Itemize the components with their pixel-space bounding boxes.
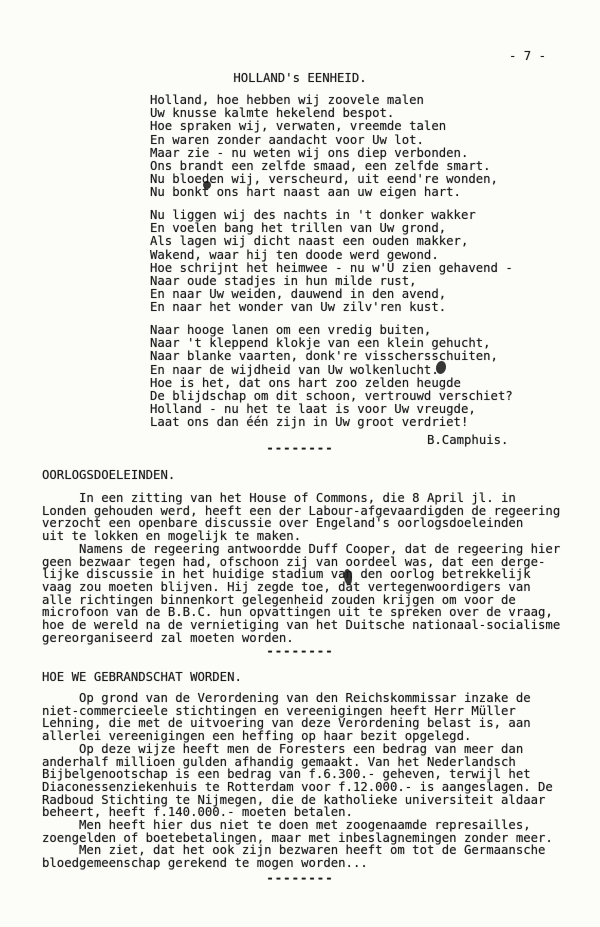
page-number: - 7 - xyxy=(509,50,546,63)
section-body-oorlogsdoeleinden: In een zitting van het House of Commons,… xyxy=(42,492,560,644)
section-heading-oorlogsdoeleinden: OORLOGSDOELEINDEN. xyxy=(42,469,175,482)
divider-after-gebrandschat: -------- xyxy=(0,872,600,885)
document-page: - 7 - HOLLAND's EENHEID. Holland, hoe he… xyxy=(0,0,600,927)
ink-blot xyxy=(203,181,211,189)
poem-stanza-2: Nu liggen wij des nachts in 't donker wa… xyxy=(150,209,513,315)
divider-after-poem: -------- xyxy=(0,442,600,455)
section-heading-gebrandschat: HOE WE GEBRANDSCHAT WORDEN. xyxy=(42,671,242,684)
poem-stanza-3: Naar hooge lanen om een vredig buiten, N… xyxy=(150,324,513,430)
poem-title: HOLLAND's EENHEID. xyxy=(0,71,600,85)
divider-after-oorlogsdoeleinden: -------- xyxy=(0,645,600,658)
section-body-gebrandschat: Op grond van de Verordening van den Reic… xyxy=(42,692,553,870)
